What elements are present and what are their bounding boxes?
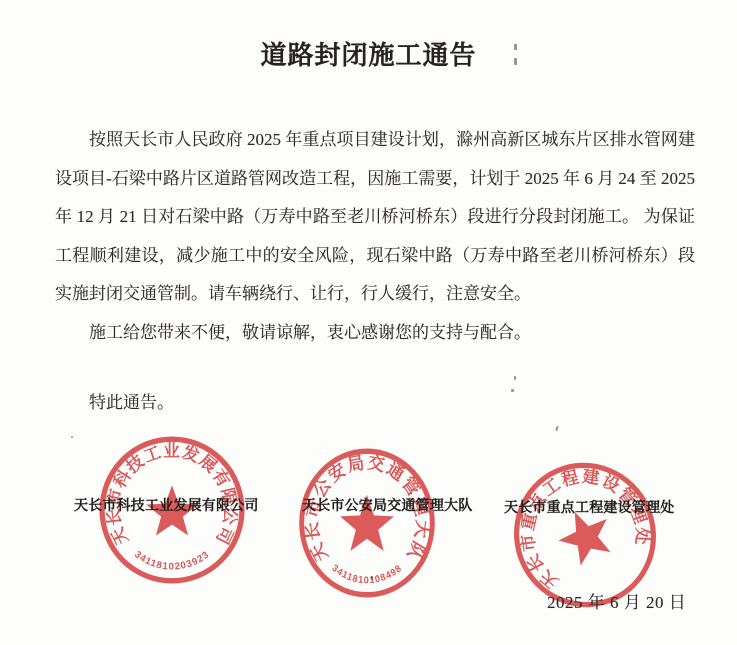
official-seal-police: 天长市公安局交通管理大队 3411810108498 bbox=[296, 445, 438, 601]
scan-artifact bbox=[71, 436, 73, 438]
signatory-label: 天长市科技工业发展有限公司 bbox=[74, 495, 259, 515]
scan-artifact bbox=[555, 426, 558, 431]
scan-artifact bbox=[514, 44, 517, 50]
body-line: 设项目-石梁中路片区道路管网改造工程，因施工需要，计划于 2025 年 6 月 … bbox=[55, 160, 695, 199]
signatory-label: 天长市重点工程建设管理处 bbox=[504, 497, 674, 517]
body-line: 实施封闭交通管制。请车辆绕行、让行，行人缓行，注意安全。 bbox=[55, 275, 695, 314]
seal-serial-number: 3411810108498 bbox=[330, 562, 404, 586]
scan-artifact bbox=[514, 376, 516, 380]
body-line: 工程顺利建设，减少施工中的安全风险，现石梁中路（万寿中路至老川桥河桥东）段 bbox=[55, 237, 695, 276]
scan-artifact bbox=[514, 58, 517, 65]
notice-body: 按照天长市人民政府 2025 年重点项目建设计划，滁州高新区城东片区排水管网建 … bbox=[55, 121, 695, 422]
publish-date: 2025 年 6 月 20 日 bbox=[547, 588, 686, 613]
scan-artifact bbox=[511, 389, 514, 392]
body-line: 按照天长市人民政府 2025 年重点项目建设计划，滁州高新区城东片区排水管网建 bbox=[55, 121, 695, 160]
body-line: 年 12 月 21 日对石梁中路（万寿中路至老川桥河桥东）段进行分段封闭施工。 … bbox=[55, 198, 695, 237]
notice-title: 道路封闭施工通告 bbox=[0, 35, 737, 72]
body-line: 施工给您带来不便，敬请谅解，衷心感谢您的支持与配合。 bbox=[55, 314, 695, 353]
closing-line: 特此通告。 bbox=[55, 384, 695, 423]
svg-text:3411810108498: 3411810108498 bbox=[330, 562, 404, 586]
svg-text:3411810203923: 3411810203923 bbox=[132, 549, 212, 572]
seal-serial-number: 3411810203923 bbox=[132, 549, 212, 572]
notice-document-page: 道路封闭施工通告 按照天长市人民政府 2025 年重点项目建设计划，滁州高新区城… bbox=[0, 0, 737, 645]
signatory-label: 天长市公安局交通管理大队 bbox=[302, 495, 472, 515]
